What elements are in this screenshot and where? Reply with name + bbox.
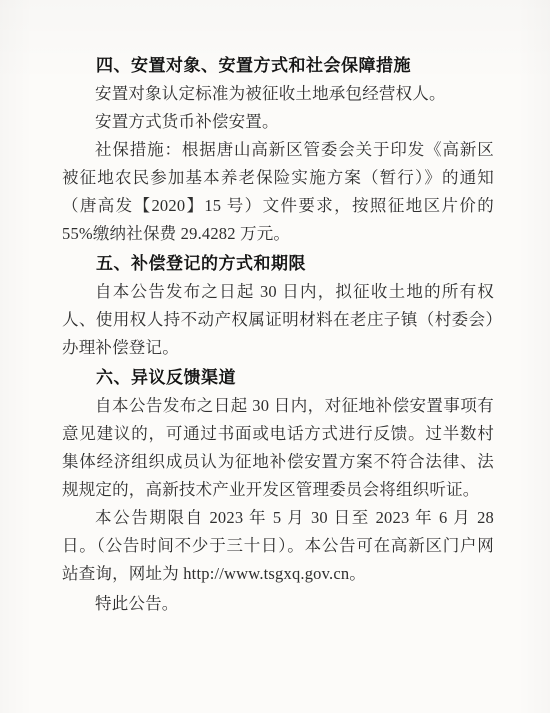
section-heading-4-resettlement: 四、安置对象、安置方式和社会保障措施 bbox=[62, 52, 494, 80]
paragraph-feedback-channel: 自本公告发布之日起 30 日内，对征地补偿安置事项有意见建议的，可通过书面或电话… bbox=[62, 392, 494, 504]
paragraph-resettlement-target: 安置对象认定标准为被征收土地承包经营权人。 bbox=[62, 80, 494, 108]
paragraph-resettlement-method: 安置方式货币补偿安置。 bbox=[62, 108, 494, 136]
paragraph-social-security: 社保措施：根据唐山高新区管委会关于印发《高新区被征地农民参加基本养老保险实施方案… bbox=[62, 136, 494, 248]
paragraph-registration-deadline: 自本公告发布之日起 30 日内，拟征收土地的所有权人、使用权人持不动产权属证明材… bbox=[62, 278, 494, 362]
scanned-document-page: 四、安置对象、安置方式和社会保障措施 安置对象认定标准为被征收土地承包经营权人。… bbox=[0, 0, 550, 713]
document-body: 四、安置对象、安置方式和社会保障措施 安置对象认定标准为被征收土地承包经营权人。… bbox=[62, 52, 494, 618]
section-heading-6-feedback: 六、异议反馈渠道 bbox=[62, 364, 494, 392]
paragraph-notice-period-and-website: 本公告期限自 2023 年 5 月 30 日至 2023 年 6 月 28 日。… bbox=[62, 504, 494, 588]
section-heading-5-registration: 五、补偿登记的方式和期限 bbox=[62, 250, 494, 278]
paragraph-closing-statement: 特此公告。 bbox=[62, 590, 494, 618]
